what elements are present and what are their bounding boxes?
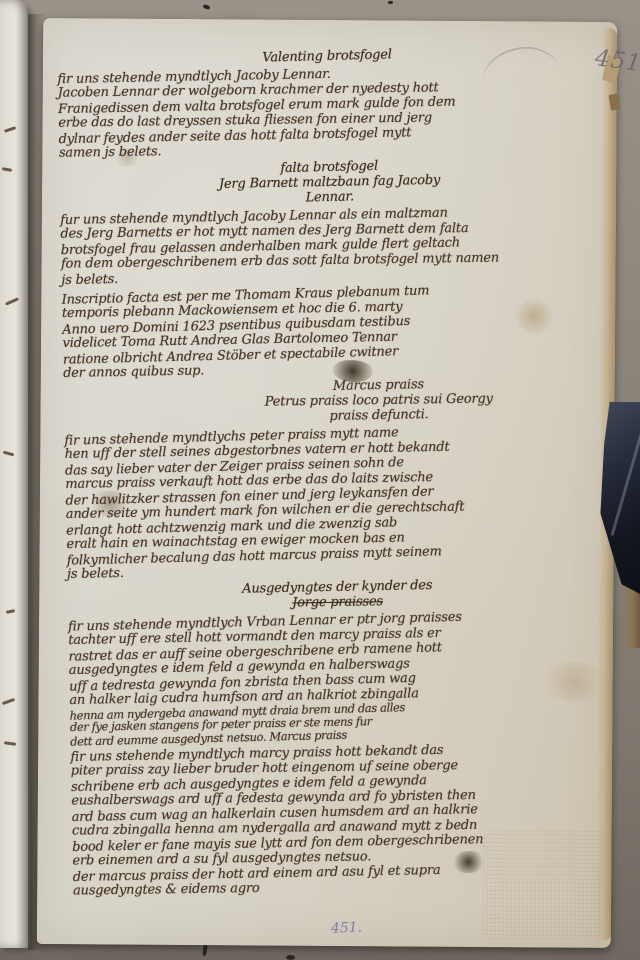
page-stack-edge: [622, 588, 640, 648]
manuscript-block: fir uns stehende myndtlychs peter praiss…: [64, 422, 607, 582]
facing-page-ink-mark: [3, 451, 14, 457]
manuscript-block: fir uns stehende myndtlych marcy praiss …: [70, 740, 613, 900]
facing-page-ink-mark: [2, 167, 12, 172]
facing-page-edge: [0, 0, 30, 948]
manuscript-page: Valenting brotsfogelfir uns stehende myn…: [37, 18, 617, 948]
folio-number-bottom: 451.: [331, 919, 363, 936]
backdrop-speck: [286, 955, 295, 960]
manuscript-block: Inscriptio facta est per me Thomam Kraus…: [62, 281, 604, 381]
backdrop-speck: [203, 4, 211, 10]
folio-number-top: 451: [593, 45, 640, 77]
manuscript-text: Valenting brotsfogelfir uns stehende myn…: [57, 44, 613, 903]
facing-page-ink-mark: [2, 698, 15, 705]
manuscript-block: Marcus praissPetrus praiss loco patris s…: [63, 374, 604, 429]
page-corner-fray: [608, 93, 621, 110]
backdrop-speck: [202, 944, 208, 956]
manuscript-block: falta brotsfogelJerg Barnett maltzbaun f…: [59, 155, 600, 210]
facing-page-ink-mark: [4, 126, 16, 133]
manuscript-block: fir uns stehende myndtlych Jacoby Lennar…: [57, 62, 599, 162]
manuscript-block: fur uns stehende myndtlych Jacoby Lennar…: [60, 203, 601, 288]
manuscript-photo: Valenting brotsfogelfir uns stehende myn…: [0, 0, 640, 960]
manuscript-block: fir uns stehende myndtlych Vrban Lennar …: [68, 608, 610, 747]
facing-page-ink-mark: [6, 609, 15, 614]
facing-page-ink-mark: [5, 297, 19, 305]
backdrop-speck: [388, 1, 393, 4]
facing-page-ink-mark: [4, 741, 16, 746]
